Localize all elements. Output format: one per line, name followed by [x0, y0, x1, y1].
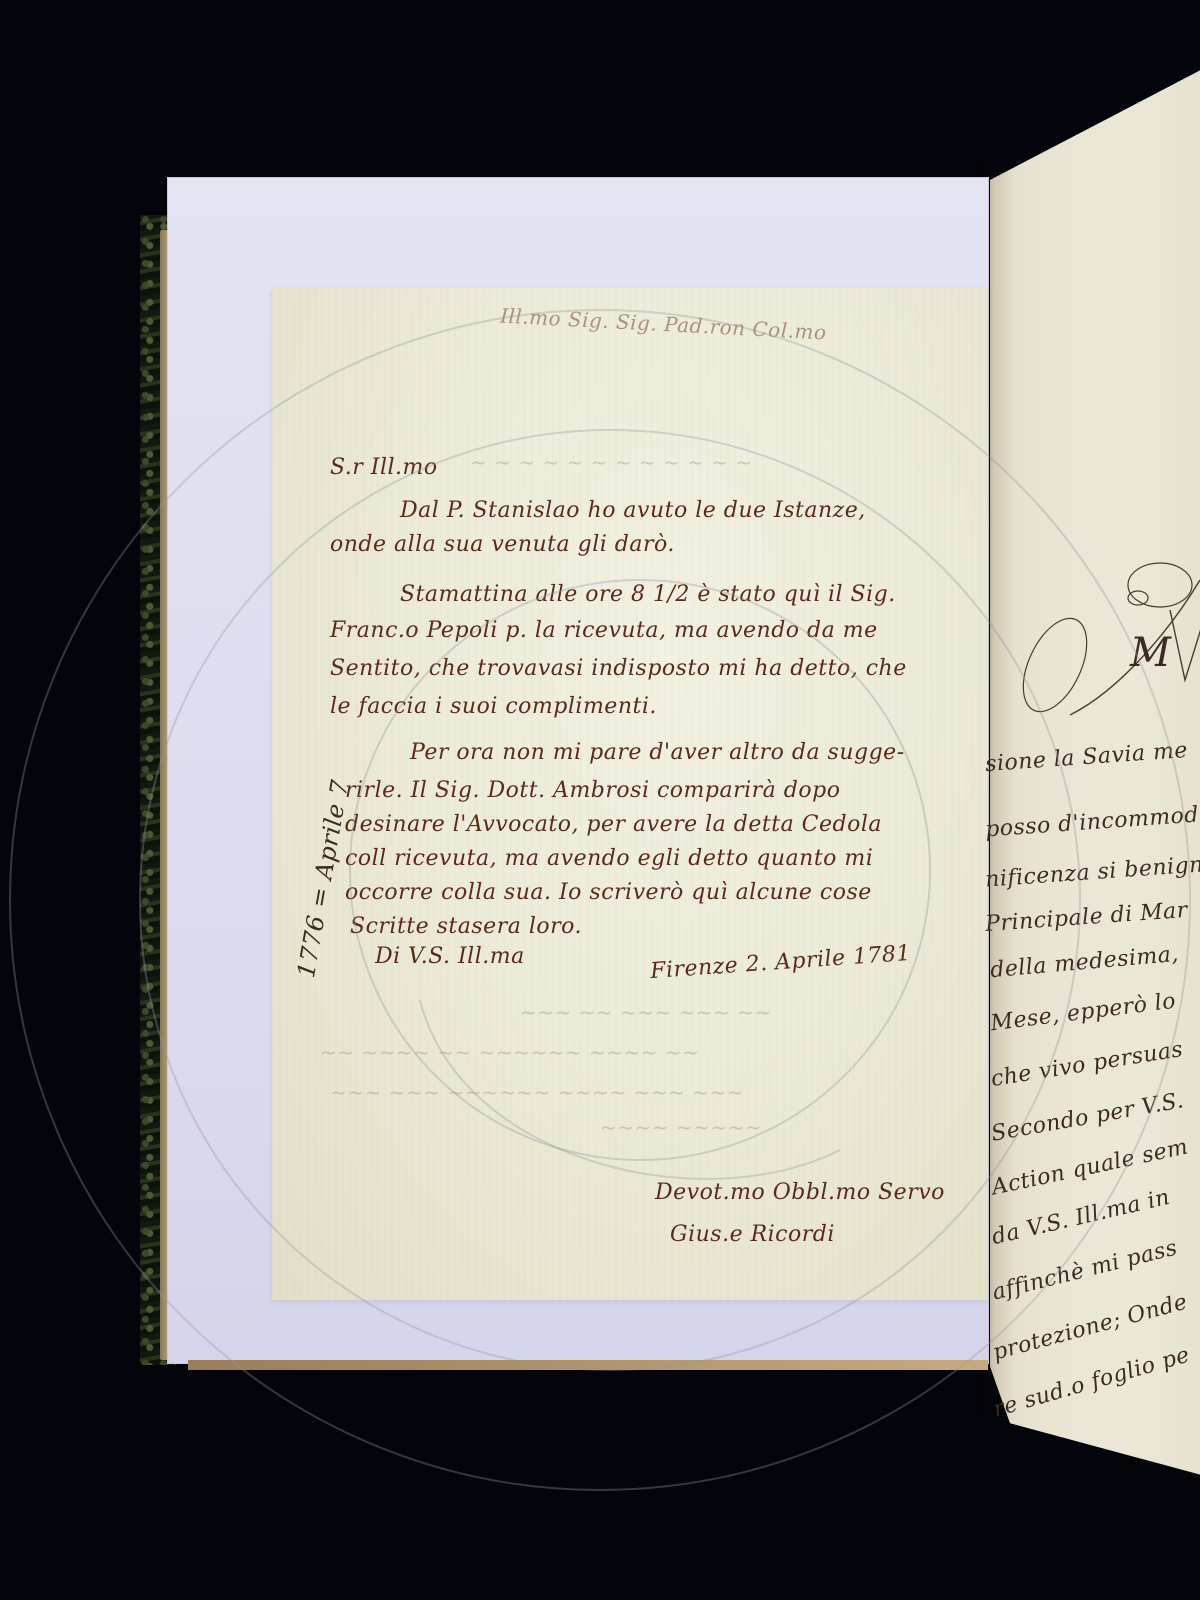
letter-line: Scritte stasera loro.: [350, 914, 582, 939]
bleed-through-text: ~~~~ ~~~~~: [600, 1115, 762, 1139]
letter-line: Per ora non mi pare d'aver altro da sugg…: [410, 740, 905, 765]
letter-line: Stamattina alle ore 8 1/2 è stato quì il…: [400, 582, 896, 607]
bleed-through-text: ~~ ~~~~ ~~ ~~~~~~ ~~~~ ~~: [320, 1040, 699, 1064]
letter-line: onde alla sua venuta gli darò.: [330, 532, 675, 557]
signature: Gius.e Ricordi: [670, 1222, 835, 1247]
bleed-through-text: ~~~ ~~~ ~~~~~~ ~~~~ ~~~ ~~~: [330, 1080, 744, 1104]
closing-left: Di V.S. Ill.ma: [375, 944, 525, 969]
letter-line: Dal P. Stanislao ho avuto le due Istanze…: [400, 498, 866, 523]
salutation: S.r Ill.mo: [330, 455, 438, 480]
letter-line: occorre colla sua. Io scriverò quì alcun…: [345, 880, 872, 905]
bleed-through-text: ~~~ ~~ ~~~ ~~~ ~~: [520, 1000, 772, 1024]
decorative-initial: M: [1130, 630, 1171, 676]
photo-scene: ~ ~ ~ ~ ~ ~ ~ ~ ~ ~ ~ ~ ~~~ ~~ ~~~ ~~~ ~…: [0, 0, 1200, 1600]
letter-line: rirle. Il Sig. Dott. Ambrosi comparirà d…: [345, 778, 840, 803]
bleed-through-text: ~ ~ ~ ~ ~ ~ ~ ~ ~ ~ ~ ~: [470, 450, 753, 474]
mounting-sheet-edge: [188, 1360, 988, 1370]
letter-line: le faccia i suoi complimenti.: [330, 694, 657, 719]
letter-line: Sentito, che trovavasi indisposto mi ha …: [330, 656, 907, 681]
letter-line: coll ricevuta, ma avendo egli detto quan…: [345, 846, 873, 871]
letter-line: Franc.o Pepoli p. la ricevuta, ma avendo…: [330, 618, 878, 643]
decorative-initial-flourish: [1010, 540, 1200, 720]
letter-line: desinare l'Avvocato, per avere la detta …: [345, 812, 882, 837]
signoff: Devot.mo Obbl.mo Servo: [655, 1180, 945, 1205]
